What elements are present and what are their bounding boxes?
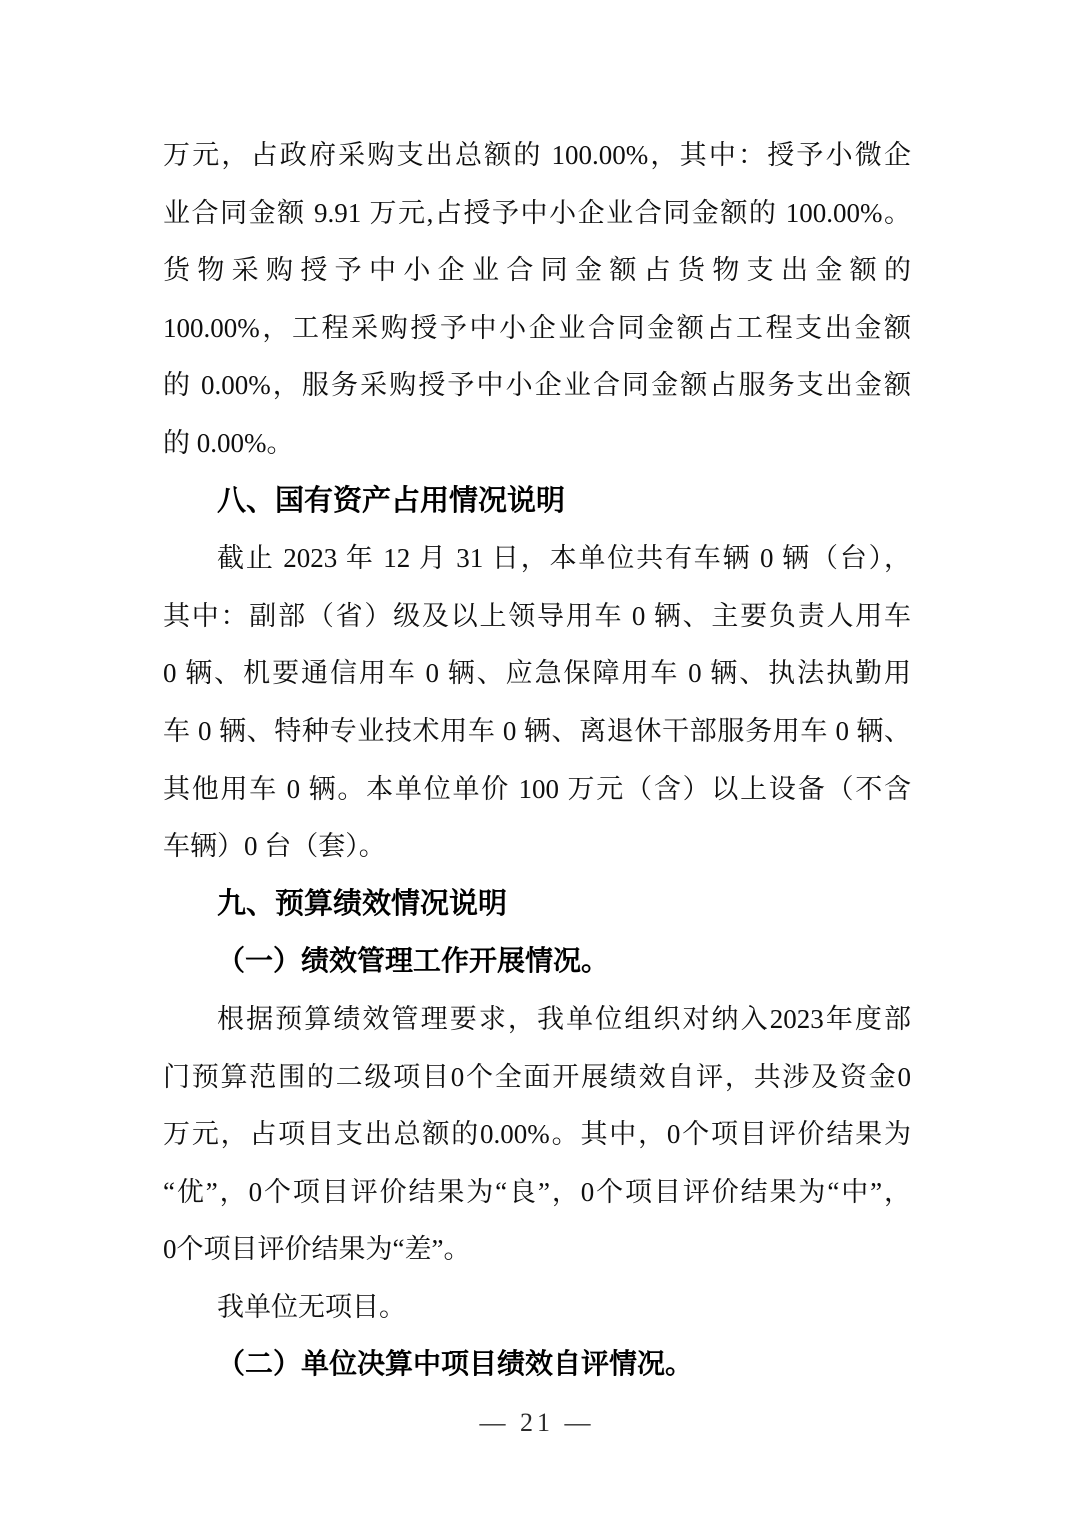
text-line: 其他用车 0 辆。本单位单价 100 万元（含）以上设备（不含: [163, 761, 911, 819]
text-line: 0 辆、机要通信用车 0 辆、应急保障用车 0 辆、执法执勤用: [163, 645, 911, 703]
sub-section-heading: （二）单位决算中项目绩效自评情况。: [163, 1336, 911, 1394]
text-line: 截止 2023 年 12 月 31 日，本单位共有车辆 0 辆（台），: [163, 530, 911, 588]
text-line: 0个项目评价结果为“差”。: [163, 1221, 911, 1279]
text-line: 其中：副部（省）级及以上领导用车 0 辆、主要负责人用车: [163, 588, 911, 646]
section-heading: 八、国有资产占用情况说明: [163, 473, 911, 531]
document-page: 万元，占政府采购支出总额的 100.00%，其中：授予小微企业合同金额 9.91…: [0, 0, 1074, 1520]
text-line: 万元，占政府采购支出总额的 100.00%，其中：授予小微企: [163, 127, 911, 185]
text-line: 的 0.00%，服务采购授予中小企业合同金额占服务支出金额: [163, 357, 911, 415]
text-line: “优”，0个项目评价结果为“良”，0个项目评价结果为“中”，: [163, 1164, 911, 1222]
page-number: — 21 —: [0, 1398, 1074, 1448]
text-line: 车辆）0 台（套）。: [163, 818, 911, 876]
text-line: 货物采购授予中小企业合同金额占货物支出金额的: [163, 242, 911, 300]
text-line: 业合同金额 9.91 万元,占授予中小企业合同金额的 100.00%。: [163, 185, 911, 243]
section-heading: 九、预算绩效情况说明: [163, 876, 911, 934]
text-line: 100.00%，工程采购授予中小企业合同金额占工程支出金额: [163, 300, 911, 358]
document-body: 万元，占政府采购支出总额的 100.00%，其中：授予小微企业合同金额 9.91…: [163, 127, 911, 1394]
text-line: 的 0.00%。: [163, 415, 911, 473]
text-line: 万元，占项目支出总额的0.00%。其中，0个项目评价结果为: [163, 1106, 911, 1164]
sub-section-heading: （一）绩效管理工作开展情况。: [163, 933, 911, 991]
text-line: 车 0 辆、特种专业技术用车 0 辆、离退休干部服务用车 0 辆、: [163, 703, 911, 761]
text-line: 根据预算绩效管理要求，我单位组织对纳入2023年度部: [163, 991, 911, 1049]
text-line: 门预算范围的二级项目0个全面开展绩效自评，共涉及资金0: [163, 1049, 911, 1107]
text-line: 我单位无项目。: [163, 1279, 911, 1337]
